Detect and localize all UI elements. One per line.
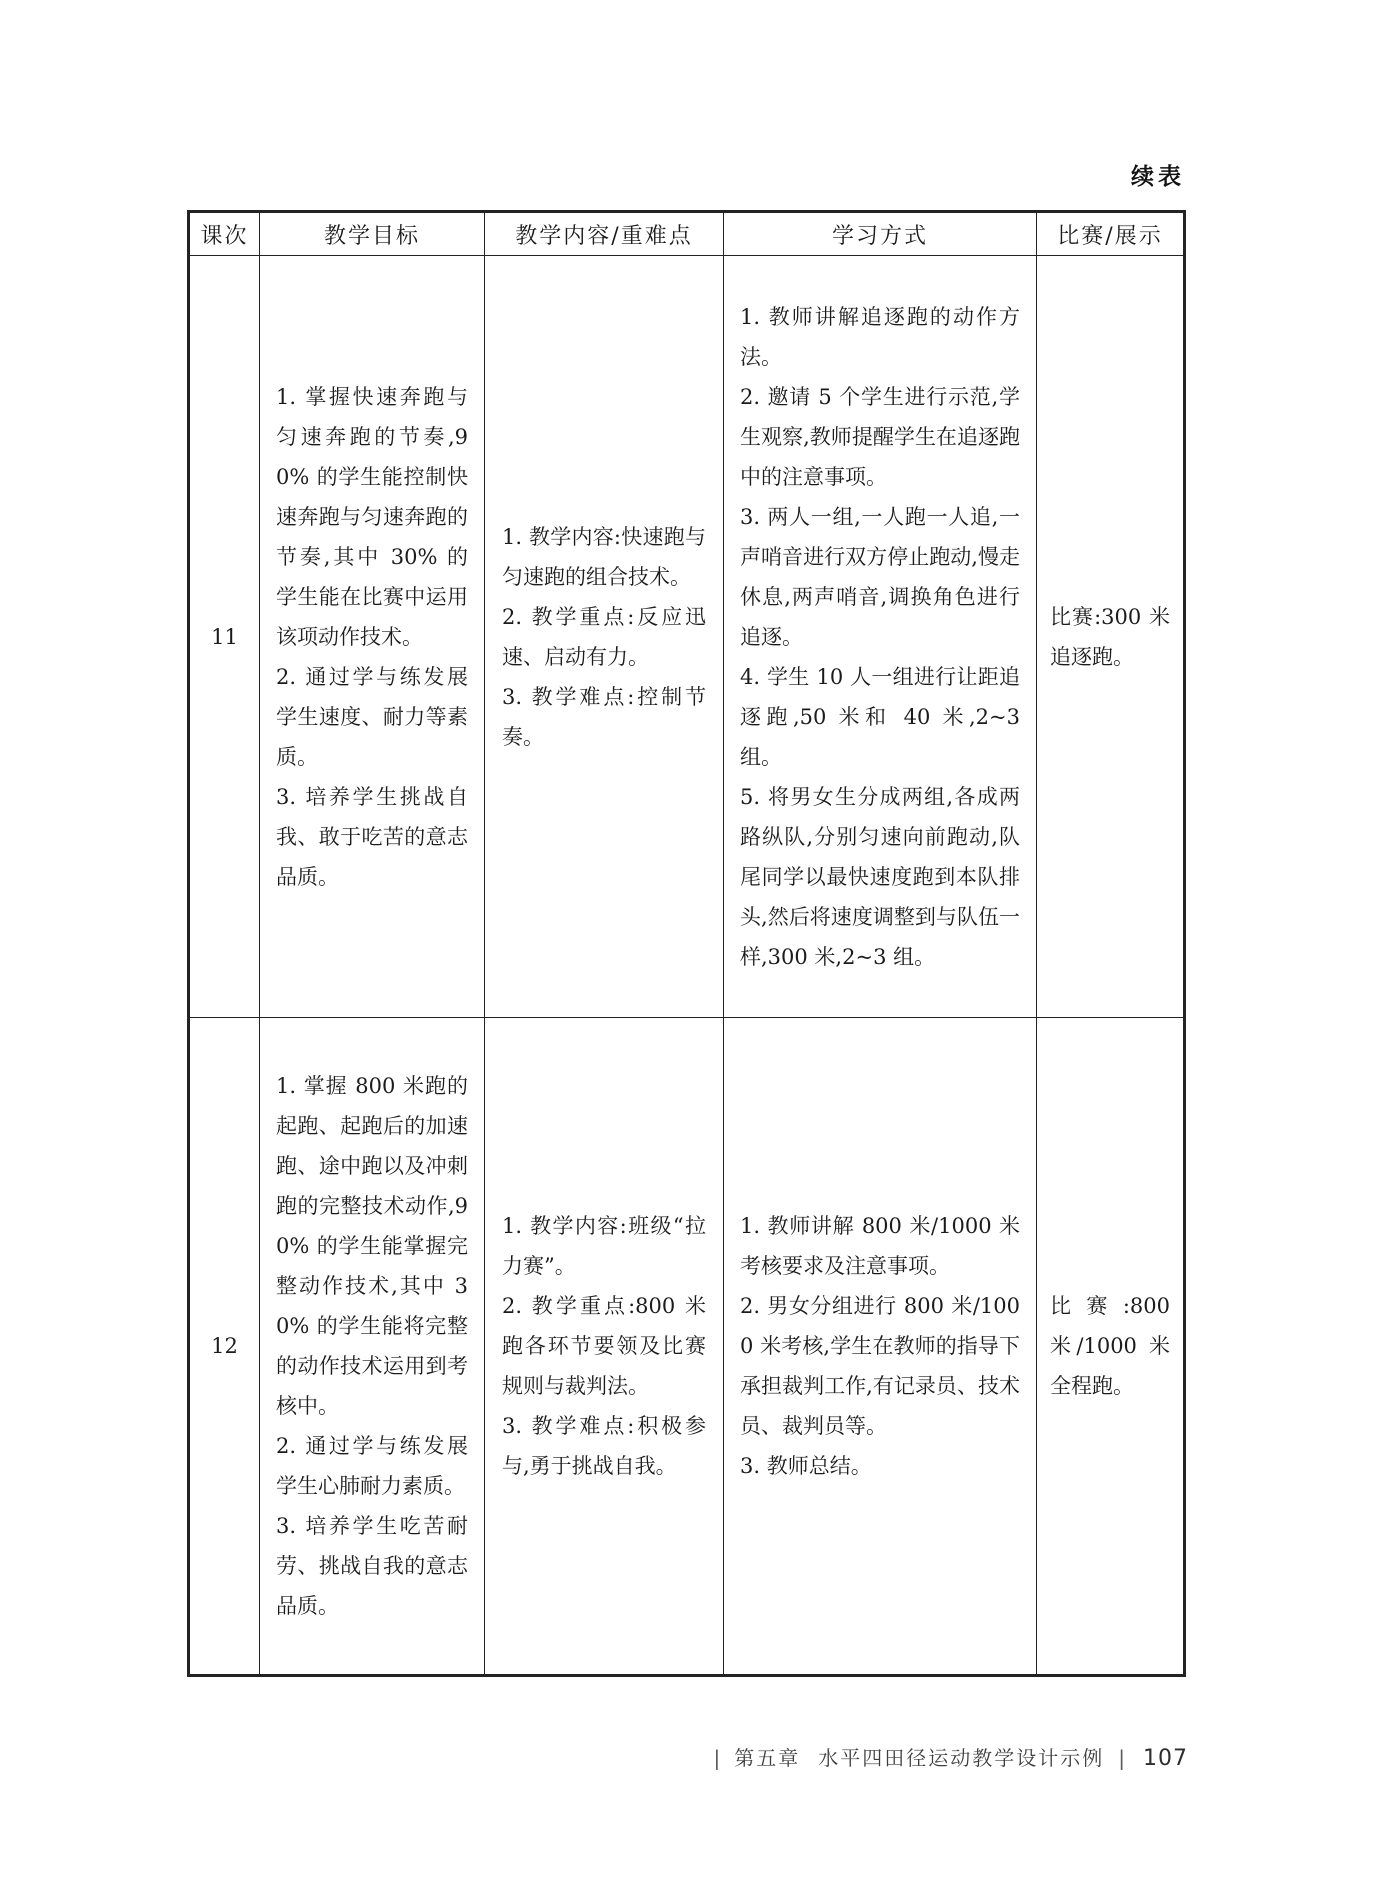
- lesson-number: 12: [189, 1018, 260, 1676]
- continued-table-label: 续表: [1131, 158, 1185, 191]
- method-item: 2. 邀请 5 个学生进行示范,学生观察,教师提醒学生在追逐跑中的注意事项。: [740, 377, 1020, 497]
- col-header-competition: 比赛/展示: [1037, 212, 1185, 256]
- method-item: 4. 学生 10 人一组进行让距追逐跑,50 米和 40 米,2~3 组。: [740, 657, 1020, 777]
- method-item: 3. 两人一组,一人跑一人追,一声哨音进行双方停止跑动,慢走休息,两声哨音,调换…: [740, 497, 1020, 657]
- goal-item: 1. 掌握快速奔跑与匀速奔跑的节奏,90% 的学生能控制快速奔跑与匀速奔跑的节奏…: [276, 377, 468, 657]
- goal-item: 3. 培养学生挑战自我、敢于吃苦的意志品质。: [276, 777, 468, 897]
- col-header-goals: 教学目标: [260, 212, 485, 256]
- method-item: 2. 男女分组进行 800 米/1000 米考核,学生在教师的指导下承担裁判工作…: [740, 1286, 1020, 1446]
- footer-page-number: 107: [1143, 1746, 1188, 1771]
- table-header-row: 课次 教学目标 教学内容/重难点 学习方式 比赛/展示: [189, 212, 1185, 256]
- methods-cell: 1. 教师讲解追逐跑的动作方法。 2. 邀请 5 个学生进行示范,学生观察,教师…: [724, 256, 1037, 1018]
- col-header-content: 教学内容/重难点: [485, 212, 724, 256]
- content-cell: 1. 教学内容:快速跑与匀速跑的组合技术。 2. 教学重点:反应迅速、启动有力。…: [485, 256, 724, 1018]
- method-item: 1. 教师讲解追逐跑的动作方法。: [740, 297, 1020, 377]
- lesson-plan-table: 课次 教学目标 教学内容/重难点 学习方式 比赛/展示 11 1. 掌握快速奔跑…: [187, 210, 1186, 1677]
- method-item: 3. 教师总结。: [740, 1446, 1020, 1486]
- goals-cell: 1. 掌握 800 米跑的起跑、起跑后的加速跑、途中跑以及冲刺跑的完整技术动作,…: [260, 1018, 485, 1676]
- page-footer: | 第五章 水平四田径运动教学设计示例 | 107: [714, 1742, 1189, 1771]
- book-page: 续表 课次 教学目标 教学内容/重难点 学习方式 比赛/展示 11 1: [0, 0, 1374, 1891]
- content-item: 3. 教学难点:控制节奏。: [502, 677, 706, 757]
- goal-item: 3. 培养学生吃苦耐劳、挑战自我的意志品质。: [276, 1506, 468, 1626]
- content-item: 1. 教学内容:快速跑与匀速跑的组合技术。: [502, 517, 706, 597]
- goal-item: 2. 通过学与练发展学生心肺耐力素质。: [276, 1426, 468, 1506]
- content-item: 2. 教学重点:反应迅速、启动有力。: [502, 597, 706, 677]
- method-item: 5. 将男女生分成两组,各成两路纵队,分别匀速向前跑动,队尾同学以最快速度跑到本…: [740, 777, 1020, 977]
- col-header-methods: 学习方式: [724, 212, 1037, 256]
- competition-item: 比赛:800 米/1000 米全程跑。: [1050, 1286, 1170, 1406]
- content-item: 2. 教学重点:800 米跑各环节要领及比赛规则与裁判法。: [502, 1286, 706, 1406]
- lesson-number: 11: [189, 256, 260, 1018]
- footer-divider-bar: |: [714, 1746, 721, 1770]
- col-header-lesson: 课次: [189, 212, 260, 256]
- goal-item: 2. 通过学与练发展学生速度、耐力等素质。: [276, 657, 468, 777]
- competition-cell: 比赛:800 米/1000 米全程跑。: [1037, 1018, 1185, 1676]
- footer-chapter: 第五章: [734, 1742, 800, 1771]
- competition-item: 比赛:300 米追逐跑。: [1050, 597, 1170, 677]
- competition-cell: 比赛:300 米追逐跑。: [1037, 256, 1185, 1018]
- content-item: 1. 教学内容:班级“拉力赛”。: [502, 1206, 706, 1286]
- footer-divider-bar: |: [1118, 1746, 1125, 1770]
- table-row-lesson-11: 11 1. 掌握快速奔跑与匀速奔跑的节奏,90% 的学生能控制快速奔跑与匀速奔跑…: [189, 256, 1185, 1018]
- content-item: 3. 教学难点:积极参与,勇于挑战自我。: [502, 1406, 706, 1486]
- footer-book-section-title: 水平四田径运动教学设计示例: [818, 1742, 1104, 1771]
- goal-item: 1. 掌握 800 米跑的起跑、起跑后的加速跑、途中跑以及冲刺跑的完整技术动作,…: [276, 1066, 468, 1426]
- method-item: 1. 教师讲解 800 米/1000 米考核要求及注意事项。: [740, 1206, 1020, 1286]
- table-row-lesson-12: 12 1. 掌握 800 米跑的起跑、起跑后的加速跑、途中跑以及冲刺跑的完整技术…: [189, 1018, 1185, 1676]
- content-cell: 1. 教学内容:班级“拉力赛”。 2. 教学重点:800 米跑各环节要领及比赛规…: [485, 1018, 724, 1676]
- goals-cell: 1. 掌握快速奔跑与匀速奔跑的节奏,90% 的学生能控制快速奔跑与匀速奔跑的节奏…: [260, 256, 485, 1018]
- methods-cell: 1. 教师讲解 800 米/1000 米考核要求及注意事项。 2. 男女分组进行…: [724, 1018, 1037, 1676]
